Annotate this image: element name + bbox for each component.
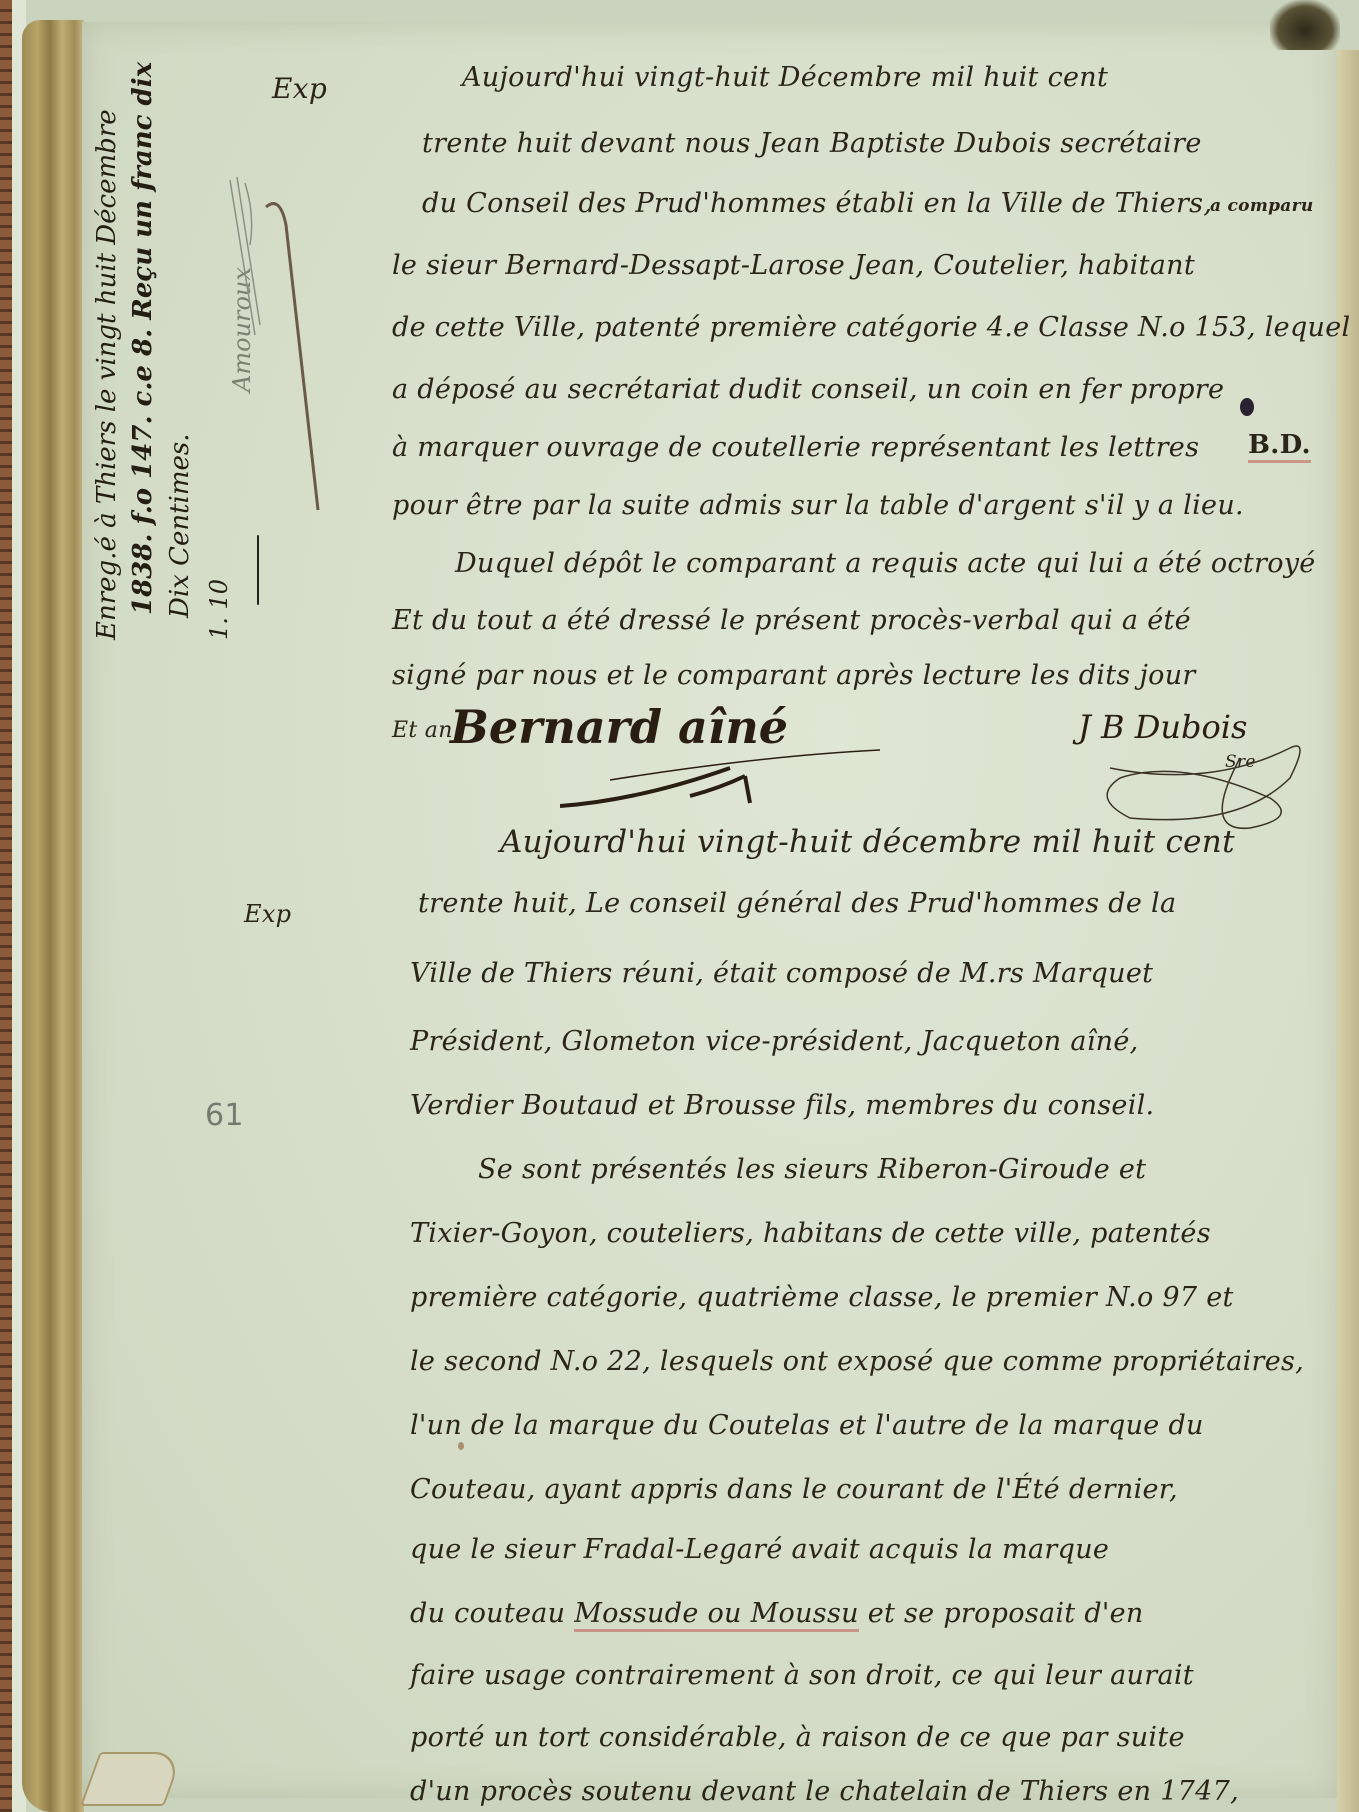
pencil-folio-number: 61: [205, 1098, 244, 1133]
entry1-line-5: de cette Ville, patenté première catégor…: [392, 312, 1350, 343]
entry1-line-4: le sieur Bernard-Dessapt-Larose Jean, Co…: [392, 250, 1195, 281]
margin-note-exp-2: Exp: [244, 900, 291, 928]
entry2-line-11: Couteau, ayant appris dans le courant de…: [410, 1474, 1178, 1505]
entry2-line-12: que le sieur Fradal-Legaré avait acquis …: [410, 1534, 1109, 1565]
entry1-line-2: trente huit devant nous Jean Baptiste Du…: [422, 128, 1202, 159]
underlined-mark-name: Mossude ou Moussu: [574, 1598, 859, 1632]
entry1-line-9: Duquel dépôt le comparant a requis acte …: [455, 548, 1316, 579]
signature-dubois-flourish: [1090, 728, 1310, 838]
book-spine-edge: [22, 20, 84, 1812]
entry1-line-8: pour être par la suite admis sur la tabl…: [392, 490, 1244, 521]
entry2-line-13-suffix: et se proposait d'en: [868, 1598, 1144, 1629]
registration-note-rule: [257, 535, 259, 605]
entry2-line-8: première catégorie, quatrième classe, le…: [410, 1282, 1234, 1313]
entry1-line-10: Et du tout a été dressé le présent procè…: [392, 605, 1191, 636]
entry1-line-3: du Conseil des Prud'hommes établi en la …: [422, 188, 1212, 219]
registration-note-line-1: Enreg.é à Thiers le vingt huit Décembre: [92, 109, 122, 640]
entry1-line-12: Et an: [392, 718, 453, 743]
entry2-line-10: l'un de la marque du Coutelas et l'autre…: [410, 1410, 1204, 1441]
paper-stain: [458, 1442, 464, 1450]
ink-blot: [1240, 398, 1254, 416]
scan-ruler-edge: [0, 0, 12, 1812]
entry2-line-5: Verdier Boutaud et Brousse fils, membres…: [410, 1090, 1154, 1121]
mark-letters-bd: B.D.: [1248, 430, 1311, 463]
margin-vertical-stroke: [258, 195, 328, 515]
registration-note-line-3: Dix Centimes.: [165, 433, 195, 618]
entry2-line-9: le second N.o 22, lesquels ont exposé qu…: [410, 1346, 1304, 1377]
entry2-line-6: Se sont présentés les sieurs Riberon-Gir…: [478, 1154, 1146, 1185]
registration-note-amount: 1. 10: [205, 579, 233, 640]
margin-note-exp-1: Exp: [272, 72, 327, 105]
entry2-line-16: d'un procès soutenu devant le chatelain …: [410, 1776, 1239, 1807]
entry2-line-4: Président, Glometon vice-président, Jacq…: [410, 1026, 1139, 1057]
entry2-line-3: Ville de Thiers réuni, était composé de …: [410, 958, 1153, 989]
entry1-line-7: à marquer ouvrage de coutellerie représe…: [392, 432, 1199, 463]
entry2-line-13-prefix: du couteau: [410, 1598, 565, 1629]
torn-corner-damage: [1270, 0, 1340, 50]
signature-bernard-flourish: [560, 748, 890, 818]
entry2-line-2: trente huit, Le conseil général des Prud…: [418, 888, 1176, 919]
entry1-line-6: a déposé au secrétariat dudit conseil, u…: [392, 374, 1224, 405]
entry2-line-15: porté un tort considérable, à raison de …: [410, 1722, 1185, 1753]
entry2-line-1: Aujourd'hui vingt-huit décembre mil huit…: [500, 824, 1235, 860]
entry1-insertion: a comparu: [1210, 196, 1314, 216]
entry2-line-14: faire usage contrairement à son droit, c…: [410, 1660, 1194, 1691]
entry1-line-1: Aujourd'hui vingt-huit Décembre mil huit…: [462, 62, 1108, 93]
entry2-line-13: du couteau Mossude ou Moussu et se propo…: [410, 1598, 1144, 1629]
signature-bernard-aine: Bernard aîné: [450, 700, 788, 754]
entry2-line-7: Tixier-Goyon, couteliers, habitans de ce…: [410, 1218, 1211, 1249]
entry1-line-11: signé par nous et le comparant après lec…: [392, 660, 1196, 691]
registration-note-line-2: 1838. f.o 147. c.e 8. Reçu un franc dix: [128, 62, 158, 615]
